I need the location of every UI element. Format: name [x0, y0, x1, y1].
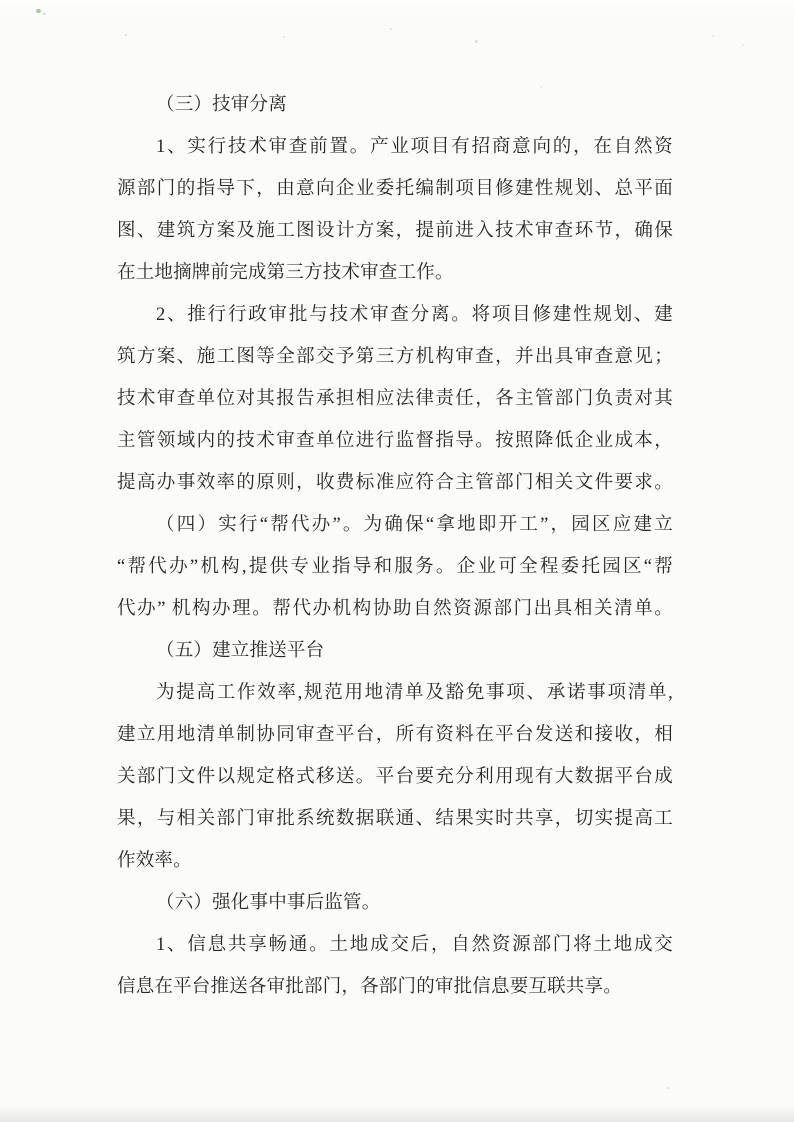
text-line: “帮代办”机构,提供专业指导和服务。企业可全程委托园区“帮 — [117, 546, 673, 588]
document-body: （三）技审分离1、实行技术审查前置。产业项目有招商意向的，在自然资源部门的指导下… — [117, 84, 673, 1008]
scan-noise-speck — [125, 34, 127, 36]
text-line: （六）强化事中事后监管。 — [117, 882, 673, 924]
text-line: 信息在平台推送各审批部门，各部门的审批信息要互联共享。 — [117, 966, 673, 1008]
scanned-document-page: （三）技审分离1、实行技术审查前置。产业项目有招商意向的，在自然资源部门的指导下… — [0, 0, 794, 1122]
text-line: 果，与相关部门审批系统数据联通、结果实时共享，切实提高工 — [117, 798, 673, 840]
text-line: 源部门的指导下，由意向企业委托编制项目修建性规划、总平面 — [117, 168, 673, 210]
scan-noise-speck — [742, 44, 744, 46]
text-line: 作效率。 — [117, 840, 673, 882]
scan-noise-speck — [43, 13, 46, 15]
text-line: 2、推行行政审批与技术审查分离。将项目修建性规划、建 — [117, 294, 673, 336]
text-line: 提高办事效率的原则，收费标准应符合主管部门相关文件要求。 — [117, 462, 673, 504]
scan-noise-speck — [390, 28, 392, 30]
text-line: 主管领域内的技术审查单位进行监督指导。按照降低企业成本， — [117, 420, 673, 462]
text-line: 1、实行技术审查前置。产业项目有招商意向的，在自然资 — [117, 126, 673, 168]
text-line: 技术审查单位对其报告承担相应法律责任，各主管部门负责对其 — [117, 378, 673, 420]
text-line: 筑方案、施工图等全部交予第三方机构审查，并出具审查意见； — [117, 336, 673, 378]
scan-noise-speck — [667, 1087, 670, 1089]
scan-noise-speck — [712, 35, 714, 37]
text-line: 建立用地清单制协同审查平台，所有资料在平台发送和接收，相 — [117, 714, 673, 756]
scan-noise-speck — [475, 40, 478, 43]
scan-noise-speck — [283, 36, 285, 38]
text-line: 为提高工作效率,规范用地清单及豁免事项、承诺事项清单, — [117, 672, 673, 714]
text-line: 图、建筑方案及施工图设计方案，提前进入技术审查环节，确保 — [117, 210, 673, 252]
text-line: 关部门文件以规定格式移送。平台要充分利用现有大数据平台成 — [117, 756, 673, 798]
text-line: 代办” 机构办理。帮代办机构协助自然资源部门出具相关清单。 — [117, 588, 673, 630]
text-line: 1、信息共享畅通。土地成交后，自然资源部门将土地成交 — [117, 924, 673, 966]
text-line: （四）实行“帮代办”。为确保“拿地即开工”，园区应建立 — [117, 504, 673, 546]
text-line: （五）建立推送平台 — [117, 630, 673, 672]
text-line: 在土地摘牌前完成第三方技术审查工作。 — [117, 252, 673, 294]
scan-noise-speck — [36, 9, 41, 13]
text-line: （三）技审分离 — [117, 84, 673, 126]
